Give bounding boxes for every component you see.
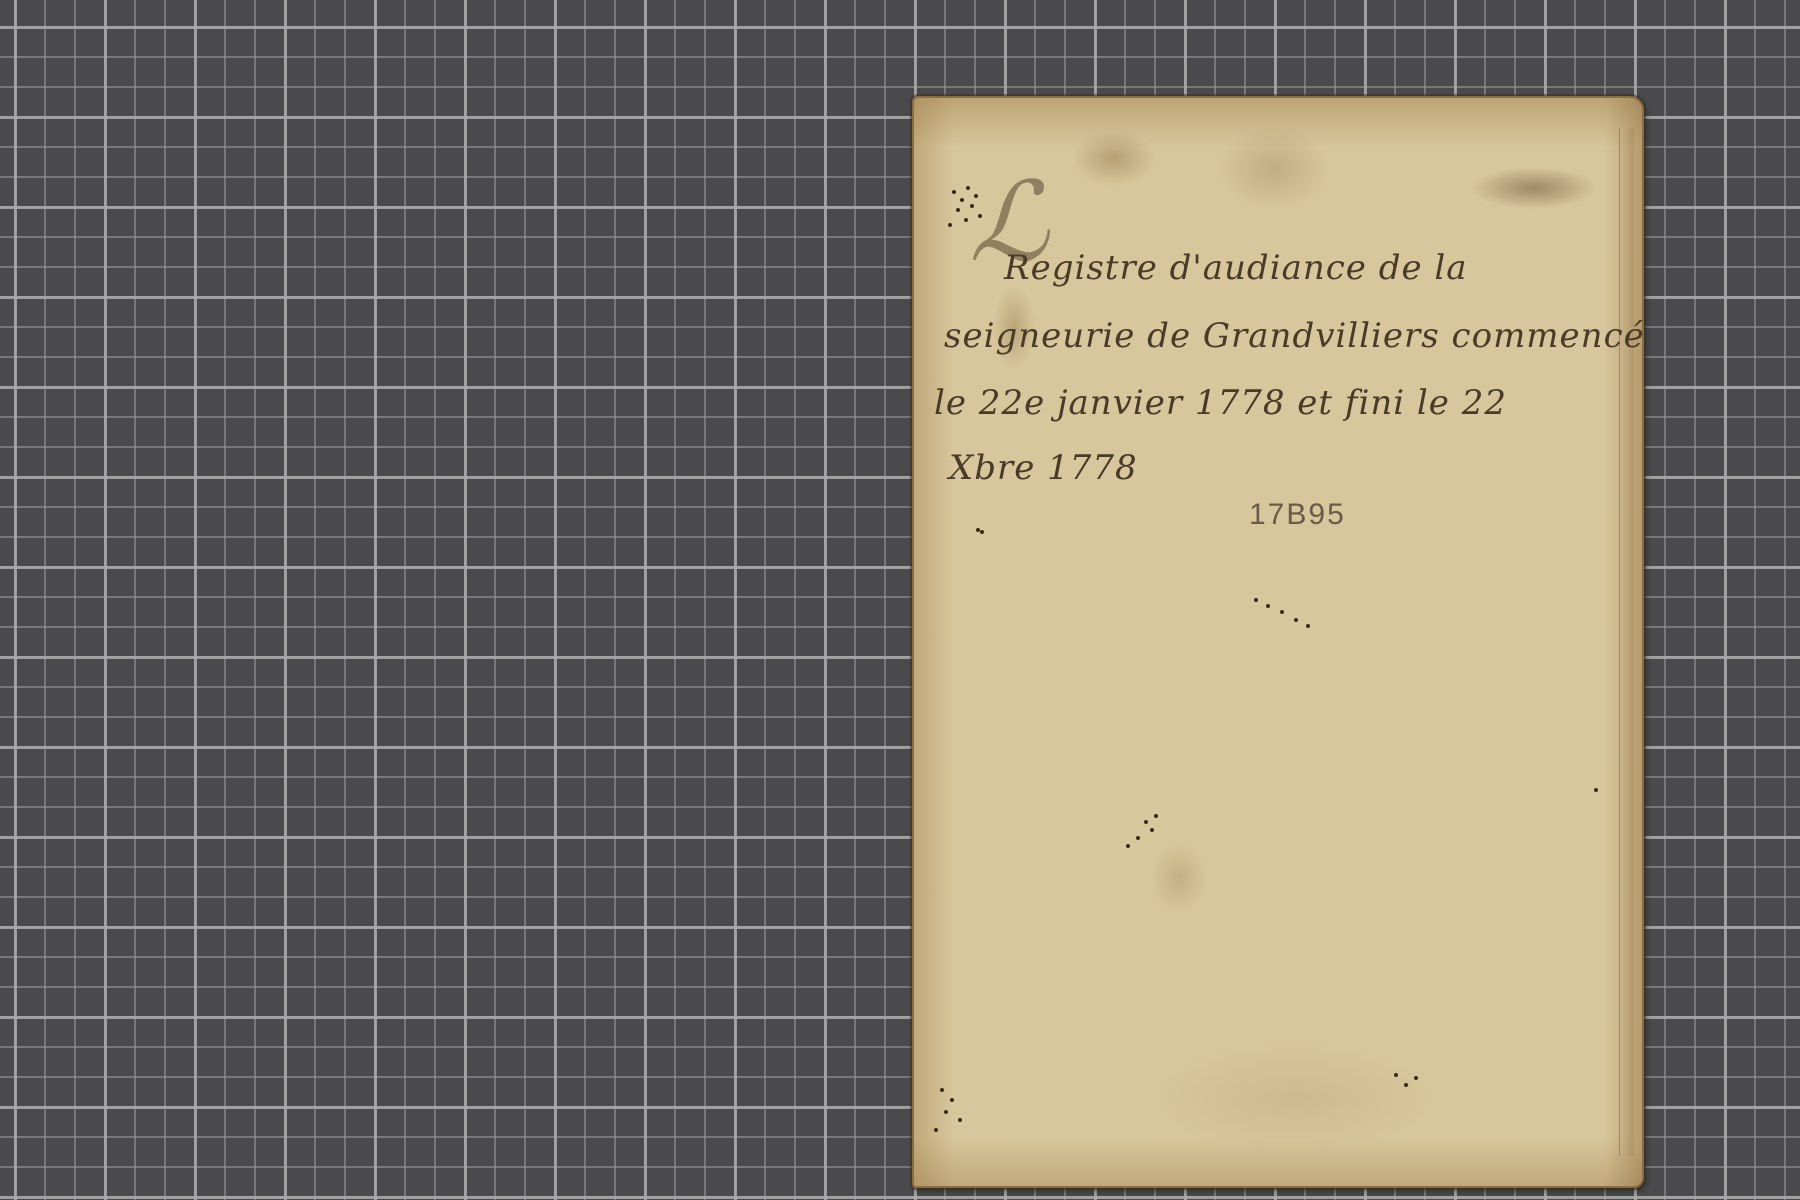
- wormhole: [948, 223, 952, 227]
- page-edge: [1619, 128, 1634, 1156]
- wormhole: [1136, 836, 1140, 840]
- title-line-3: le 22e janvier 1778 et fini le 22: [934, 383, 1507, 423]
- wormhole: [974, 194, 978, 198]
- wormhole: [952, 190, 956, 194]
- wormhole: [1394, 1073, 1398, 1077]
- wormhole: [1404, 1083, 1408, 1087]
- wormhole: [966, 186, 970, 190]
- register-cover: ℒ Registre d'audiance de la seigneurie d…: [912, 96, 1644, 1188]
- wormhole: [970, 204, 974, 208]
- wormhole: [950, 1098, 954, 1102]
- archive-reference: 17B95: [1249, 498, 1346, 532]
- wormhole: [956, 208, 960, 212]
- wormhole: [1154, 814, 1158, 818]
- title-line-2: seigneurie de Grandvilliers commencé: [944, 316, 1645, 356]
- wormhole: [1144, 820, 1148, 824]
- wormhole: [978, 214, 982, 218]
- wormhole: [1306, 624, 1310, 628]
- wormhole: [958, 1118, 962, 1122]
- wormhole: [1414, 1076, 1418, 1080]
- wormhole: [1150, 828, 1154, 832]
- wormhole: [944, 1110, 948, 1114]
- wormhole: [1126, 844, 1130, 848]
- wormhole: [964, 218, 968, 222]
- title-line-4: Xbre 1778: [949, 448, 1138, 488]
- wormhole: [1266, 604, 1270, 608]
- wormhole: [1254, 598, 1258, 602]
- wormhole: [1294, 618, 1298, 622]
- wormhole: [976, 528, 980, 532]
- wormhole: [940, 1088, 944, 1092]
- wormhole: [1594, 788, 1598, 792]
- wormhole: [960, 198, 964, 202]
- title-line-1: Registre d'audiance de la: [1004, 248, 1468, 288]
- wormhole: [1280, 610, 1284, 614]
- wormhole: [934, 1128, 938, 1132]
- wormhole: [980, 530, 984, 534]
